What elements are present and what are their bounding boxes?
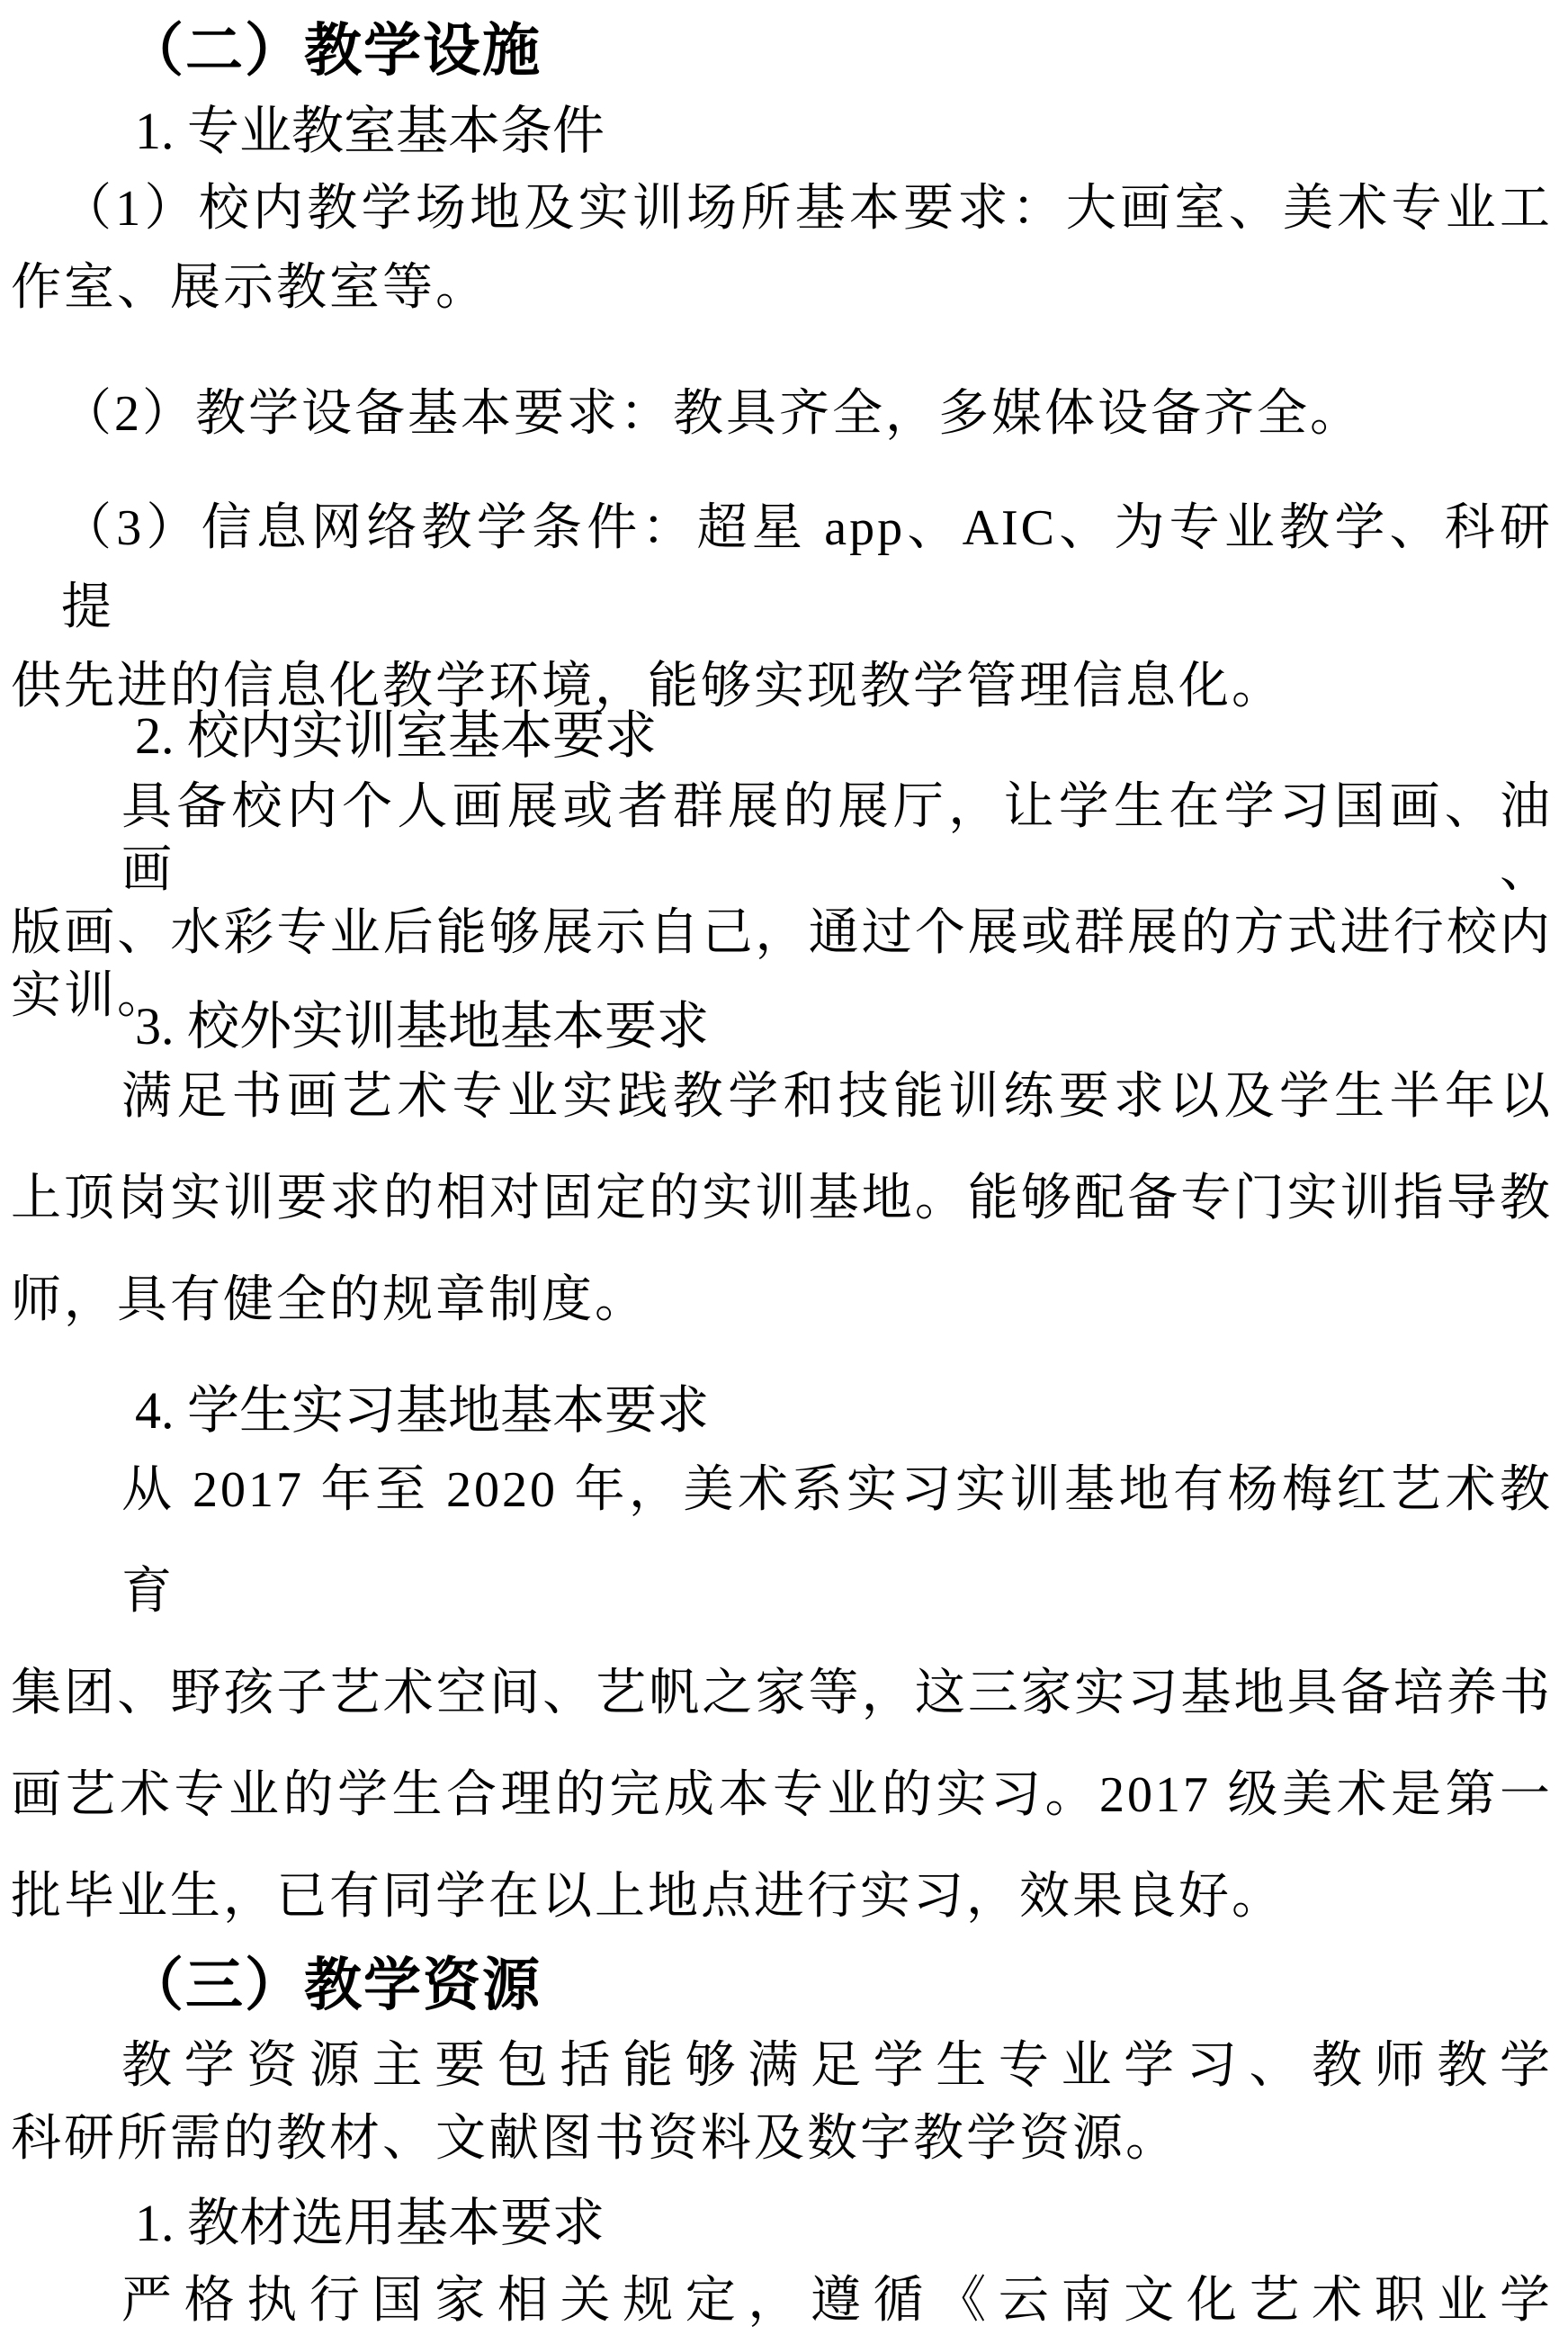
paragraph-network-conditions: （3）信息网络教学条件：超星 app、AIC、为专业教学、科研提 供先进的信息化…	[11, 489, 1553, 726]
text-line: （1）校内教学场地及实训场所基本要求：大画室、美术专业工	[11, 169, 1553, 248]
paragraph-internship-bases: 从 2017 年至 2020 年，美术系实习实训基地有杨梅红艺术教育 集团、野孩…	[11, 1440, 1553, 1948]
document-page: （二）教学设施 1. 专业教室基本条件 （1）校内教学场地及实训场所基本要求：大…	[0, 0, 1568, 2344]
paragraph-textbook-regulations: 严格执行国家相关规定，遵循《云南文化艺术职业学	[11, 2274, 1553, 2328]
text-line: 具备校内个人画展或者群展的展厅，让学生在学习国画、油画、	[11, 776, 1553, 902]
sub-heading-student-internship-base: 4. 学生实习基地基本要求	[135, 1380, 709, 1441]
text-line: （3）信息网络教学条件：超星 app、AIC、为专业教学、科研提	[11, 489, 1553, 647]
paragraph-teaching-resources-intro: 教学资源主要包括能够满足学生专业学习、教师教学 科研所需的教材、文献图书资料及数…	[11, 2030, 1553, 2176]
paragraph-teaching-equipment: （2）教学设备基本要求：教具齐全，多媒体设备齐全。	[11, 387, 1553, 441]
text-line: 作室、展示教室等。	[11, 248, 1553, 328]
paragraph-exhibition-hall: 具备校内个人画展或者群展的展厅，让学生在学习国画、油画、 版画、水彩专业后能够展…	[11, 776, 1553, 1028]
sub-heading-classroom-conditions: 1. 专业教室基本条件	[135, 101, 605, 161]
paragraph-training-base-requirements: 满足书画艺术专业实践教学和技能训练要求以及学生半年以 上顶岗实训要求的相对固定的…	[11, 1046, 1553, 1352]
paragraph-campus-sites: （1）校内教学场地及实训场所基本要求：大画室、美术专业工 作室、展示教室等。	[11, 169, 1553, 328]
text-line: 上顶岗实训要求的相对固定的实训基地。能够配备专门实训指导教	[11, 1148, 1553, 1250]
text-line: （2）教学设备基本要求：教具齐全，多媒体设备齐全。	[11, 387, 1553, 441]
text-line: 严格执行国家相关规定，遵循《云南文化艺术职业学	[11, 2274, 1553, 2328]
section-heading-teaching-resources: （三）教学资源	[126, 1952, 542, 2018]
text-line: 科研所需的教材、文献图书资料及数字教学资源。	[11, 2103, 1553, 2176]
sub-heading-textbook-selection: 1. 教材选用基本要求	[135, 2193, 605, 2253]
text-line: 集团、野孩子艺术空间、艺帆之家等，这三家实习基地具备培养书	[11, 1643, 1553, 1745]
section-heading-teaching-facilities: （二）教学设施	[126, 17, 542, 84]
text-line: 从 2017 年至 2020 年，美术系实习实训基地有杨梅红艺术教育	[11, 1440, 1553, 1643]
text-line: 满足书画艺术专业实践教学和技能训练要求以及学生半年以	[11, 1046, 1553, 1148]
text-line: 教学资源主要包括能够满足学生专业学习、教师教学	[11, 2030, 1553, 2103]
text-line: 师，具有健全的规章制度。	[11, 1250, 1553, 1352]
text-line: 批毕业生，已有同学在以上地点进行实习，效果良好。	[11, 1846, 1553, 1948]
sub-heading-campus-training-room: 2. 校内实训室基本要求	[135, 705, 657, 766]
text-line: 版画、水彩专业后能够展示自己，通过个展或群展的方式进行校内	[11, 902, 1553, 965]
text-line: 画艺术专业的学生合理的完成本专业的实习。2017 级美术是第一	[11, 1745, 1553, 1846]
